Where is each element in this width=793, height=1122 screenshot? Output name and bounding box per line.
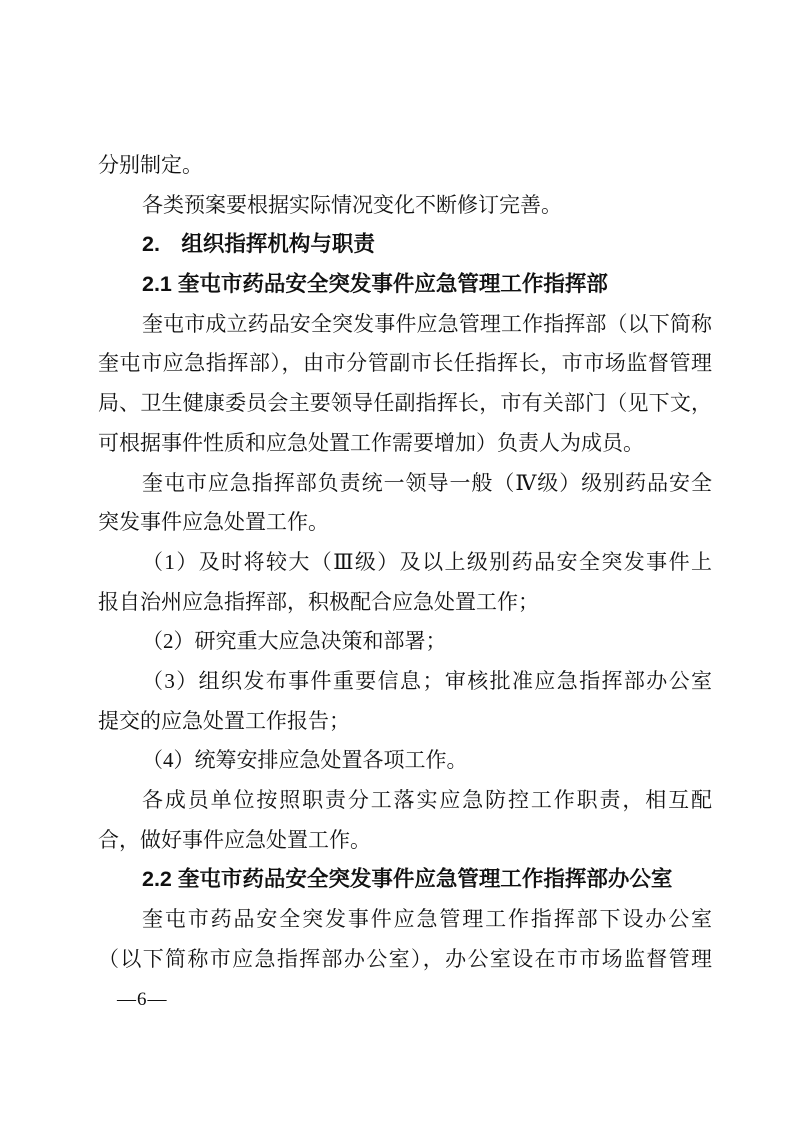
body-text-line: （4）统筹安排应急处置各项工作。 xyxy=(98,741,712,781)
body-text-line: 合，做好事件应急处置工作。 xyxy=(98,821,712,861)
document-page: 分别制定。各类预案要根据实际情况变化不断修订完善。2. 组织指挥机构与职责2.1… xyxy=(0,0,793,1122)
body-text-line: 各成员单位按照职责分工落实应急防控工作职责，相互配 xyxy=(98,781,712,821)
body-text-line: 各类预案要根据实际情况变化不断修订完善。 xyxy=(98,186,712,226)
body-text-line: （以下简称市应急指挥部办公室），办公室设在市市场监督管理 xyxy=(98,940,712,980)
body-text-line: 突发事件应急处置工作。 xyxy=(98,503,712,543)
body-text-line: 分别制定。 xyxy=(98,146,712,186)
body-text-line: 奎屯市应急指挥部），由市分管副市长任指挥长，市市场监督管理 xyxy=(98,344,712,384)
body-text-line: 提交的应急处置工作报告； xyxy=(98,702,712,742)
heading-line: 2. 组织指挥机构与职责 xyxy=(98,225,712,265)
body-text-line: 奎屯市应急指挥部负责统一领导一般（Ⅳ级）级别药品安全 xyxy=(98,464,712,504)
body-text-line: 报自治州应急指挥部，积极配合应急处置工作； xyxy=(98,583,712,623)
body-text-line: 局、卫生健康委员会主要领导任副指挥长，市有关部门（见下文， xyxy=(98,384,712,424)
body-text-line: （3）组织发布事件重要信息；审核批准应急指挥部办公室 xyxy=(98,662,712,702)
body-text-line: （1）及时将较大（Ⅲ级）及以上级别药品安全突发事件上 xyxy=(98,543,712,583)
heading-line: 2.1 奎屯市药品安全突发事件应急管理工作指挥部 xyxy=(98,265,712,305)
body-text-line: 可根据事件性质和应急处置工作需要增加）负责人为成员。 xyxy=(98,424,712,464)
heading-line: 2.2 奎屯市药品安全突发事件应急管理工作指挥部办公室 xyxy=(98,860,712,900)
document-body: 分别制定。各类预案要根据实际情况变化不断修订完善。2. 组织指挥机构与职责2.1… xyxy=(98,146,712,979)
body-text-line: 奎屯市成立药品安全突发事件应急管理工作指挥部（以下简称 xyxy=(98,305,712,345)
page-number: —6— xyxy=(117,988,168,1012)
body-text-line: （2）研究重大应急决策和部署； xyxy=(98,622,712,662)
body-text-line: 奎屯市药品安全突发事件应急管理工作指挥部下设办公室 xyxy=(98,900,712,940)
